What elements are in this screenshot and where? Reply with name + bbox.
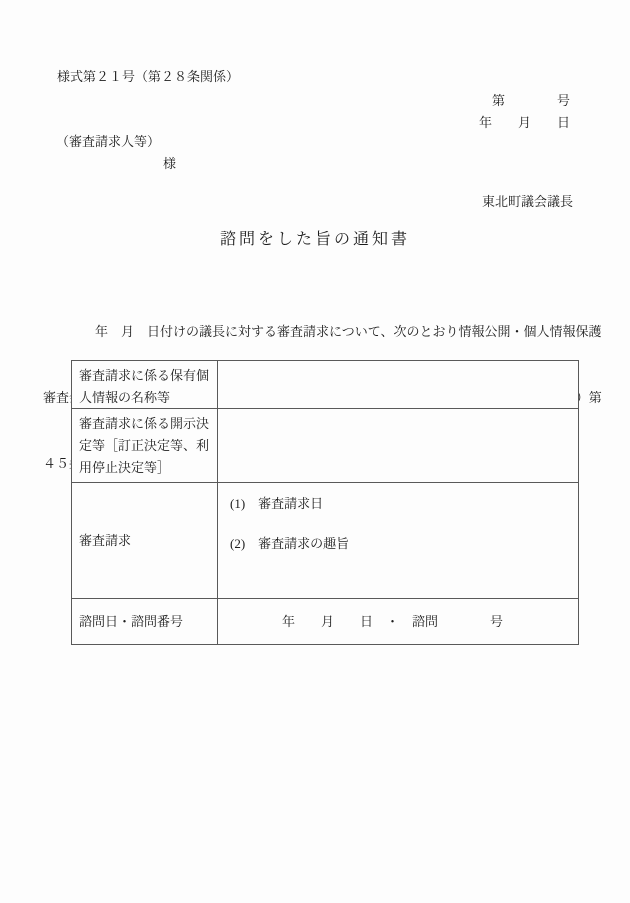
document-page: 様式第２１号（第２８条関係） 第 号 年 月 日 （審査請求人等） 様 東北町議…: [0, 0, 630, 903]
row-label-disclosure-decision: 審査請求に係る開示決定等［訂正決定等、利用停止決定等］: [72, 409, 218, 482]
review-request-item-date: (1) 審査請求日: [230, 493, 572, 515]
table-row: 審査請求に係る開示決定等［訂正決定等、利用停止決定等］: [72, 408, 578, 482]
body-line: 年 月 日付けの議長に対する審査請求について、次のとおり情報公開・個人情報保護: [43, 321, 588, 343]
table-row: 諮問日・諮問番号 年 月 日 ・ 諮問 号: [72, 598, 578, 644]
row-label-review-request: 審査請求: [72, 483, 218, 598]
consultation-date-number-blank: 年 月 日 ・ 諮問 号: [282, 611, 503, 633]
document-title: 諮問をした旨の通知書: [0, 226, 630, 249]
row-value-review-request: (1) 審査請求日 (2) 審査請求の趣旨: [218, 483, 578, 598]
notification-table: 審査請求に係る保有個人情報の名称等 審査請求に係る開示決定等［訂正決定等、利用停…: [71, 360, 579, 645]
row-value-consultation-date-number: 年 月 日 ・ 諮問 号: [218, 599, 578, 644]
row-label-held-personal-info: 審査請求に係る保有個人情報の名称等: [72, 361, 218, 408]
sender-name: 東北町議会議長: [482, 191, 573, 210]
document-number-line: 第 号: [492, 90, 570, 109]
row-label-consultation-date-number: 諮問日・諮問番号: [72, 599, 218, 644]
addressee-honorific: 様: [163, 153, 176, 172]
date-line: 年 月 日: [479, 112, 570, 131]
addressee-label: （審査請求人等）: [56, 131, 160, 150]
form-number: 様式第２１号（第２８条関係）: [57, 66, 239, 85]
table-row: 審査請求に係る保有個人情報の名称等: [72, 361, 578, 408]
review-request-item-purpose: (2) 審査請求の趣旨: [230, 533, 572, 555]
table-row: 審査請求 (1) 審査請求日 (2) 審査請求の趣旨: [72, 482, 578, 598]
row-value-disclosure-decision: [218, 409, 578, 482]
row-value-held-personal-info: [218, 361, 578, 408]
